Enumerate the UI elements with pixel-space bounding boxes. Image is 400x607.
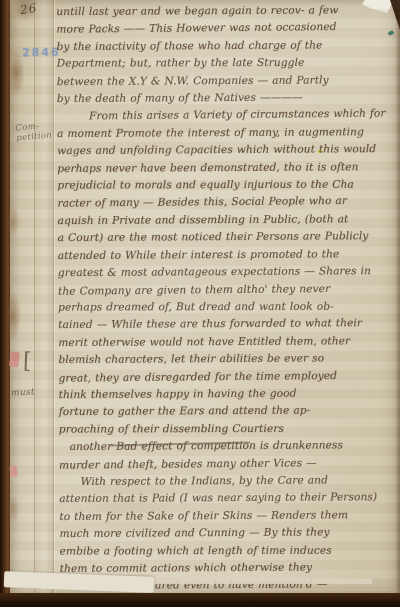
catalog-stamp-number: 2846 xyxy=(22,46,61,60)
manuscript-line: aquish in Private and dissembling in Pub… xyxy=(57,211,395,230)
manuscript-line: to them for the Sake of their Skins — Re… xyxy=(59,507,397,526)
manuscript-line: perhaps never have been demonstrated, th… xyxy=(57,159,395,178)
manuscript-line: much more civilized and Cunning — By thi… xyxy=(59,524,397,543)
manuscript-line: embibe a footing which at length of time… xyxy=(60,542,398,560)
manuscript-line: With respect to the Indians, by the Care… xyxy=(59,472,397,491)
margin-crease-line xyxy=(53,0,54,594)
torn-page-stub xyxy=(34,0,53,594)
margin-note-must: must xyxy=(11,387,35,398)
manuscript-lines: untill last year and we began again to r… xyxy=(56,2,398,596)
manuscript-line: another Bad effect of competition is dru… xyxy=(59,437,397,456)
manuscript-line: attended to While their interest is prom… xyxy=(58,246,396,265)
manuscript-line: perhaps dreamed of, But dread and want l… xyxy=(58,298,396,316)
pink-paper-fragment xyxy=(9,466,17,478)
manuscript-line: tained — While these are thus forwarded … xyxy=(58,315,396,334)
manuscript-line: think themselves happy in having the goo… xyxy=(59,385,397,404)
margin-bracket-mark: [ xyxy=(23,349,32,374)
manuscript-line: between the X.Y & N.W. Companies — and P… xyxy=(57,72,395,91)
pink-paper-fragment xyxy=(9,351,20,367)
manuscript-line: blemish characters, let their abilities … xyxy=(58,350,396,369)
manuscript-line: by the inactivity of those who had charg… xyxy=(56,37,394,56)
margin-note-competition: Com- petition xyxy=(15,120,52,143)
manuscript-line: Department; but, rather by the late Stru… xyxy=(57,55,395,73)
book-bottom-edge xyxy=(0,593,400,607)
manuscript-line: murder and theft, besides many other Vic… xyxy=(59,454,397,475)
manuscript-line: attention that is Paid (I was near sayin… xyxy=(59,489,397,508)
manuscript-line: greatest & most advantageous expectation… xyxy=(58,263,396,282)
page-number: 26 xyxy=(19,1,38,17)
manuscript-line: great, they are disregarded for the time… xyxy=(58,367,396,388)
manuscript-line: a moment Promote the interest of many, i… xyxy=(57,124,395,143)
manuscript-line: wages and unfolding Capacities which wit… xyxy=(57,141,395,160)
manuscript-scan: 26 2846 Com- petition [ must untill last… xyxy=(0,0,400,607)
manuscript-line: the Company are given to them altho' the… xyxy=(58,280,396,301)
manuscript-line: fortune to gather the Ears and attend th… xyxy=(59,402,397,421)
manuscript-line: proaching of their dissembling Courtiers xyxy=(59,420,397,438)
manuscript-page: 26 2846 Com- petition [ must untill last… xyxy=(10,0,400,594)
manuscript-line: merit otherwise would not have Entitled … xyxy=(58,333,396,352)
manuscript-line: a Court) are the most noticed their Pers… xyxy=(58,228,396,247)
